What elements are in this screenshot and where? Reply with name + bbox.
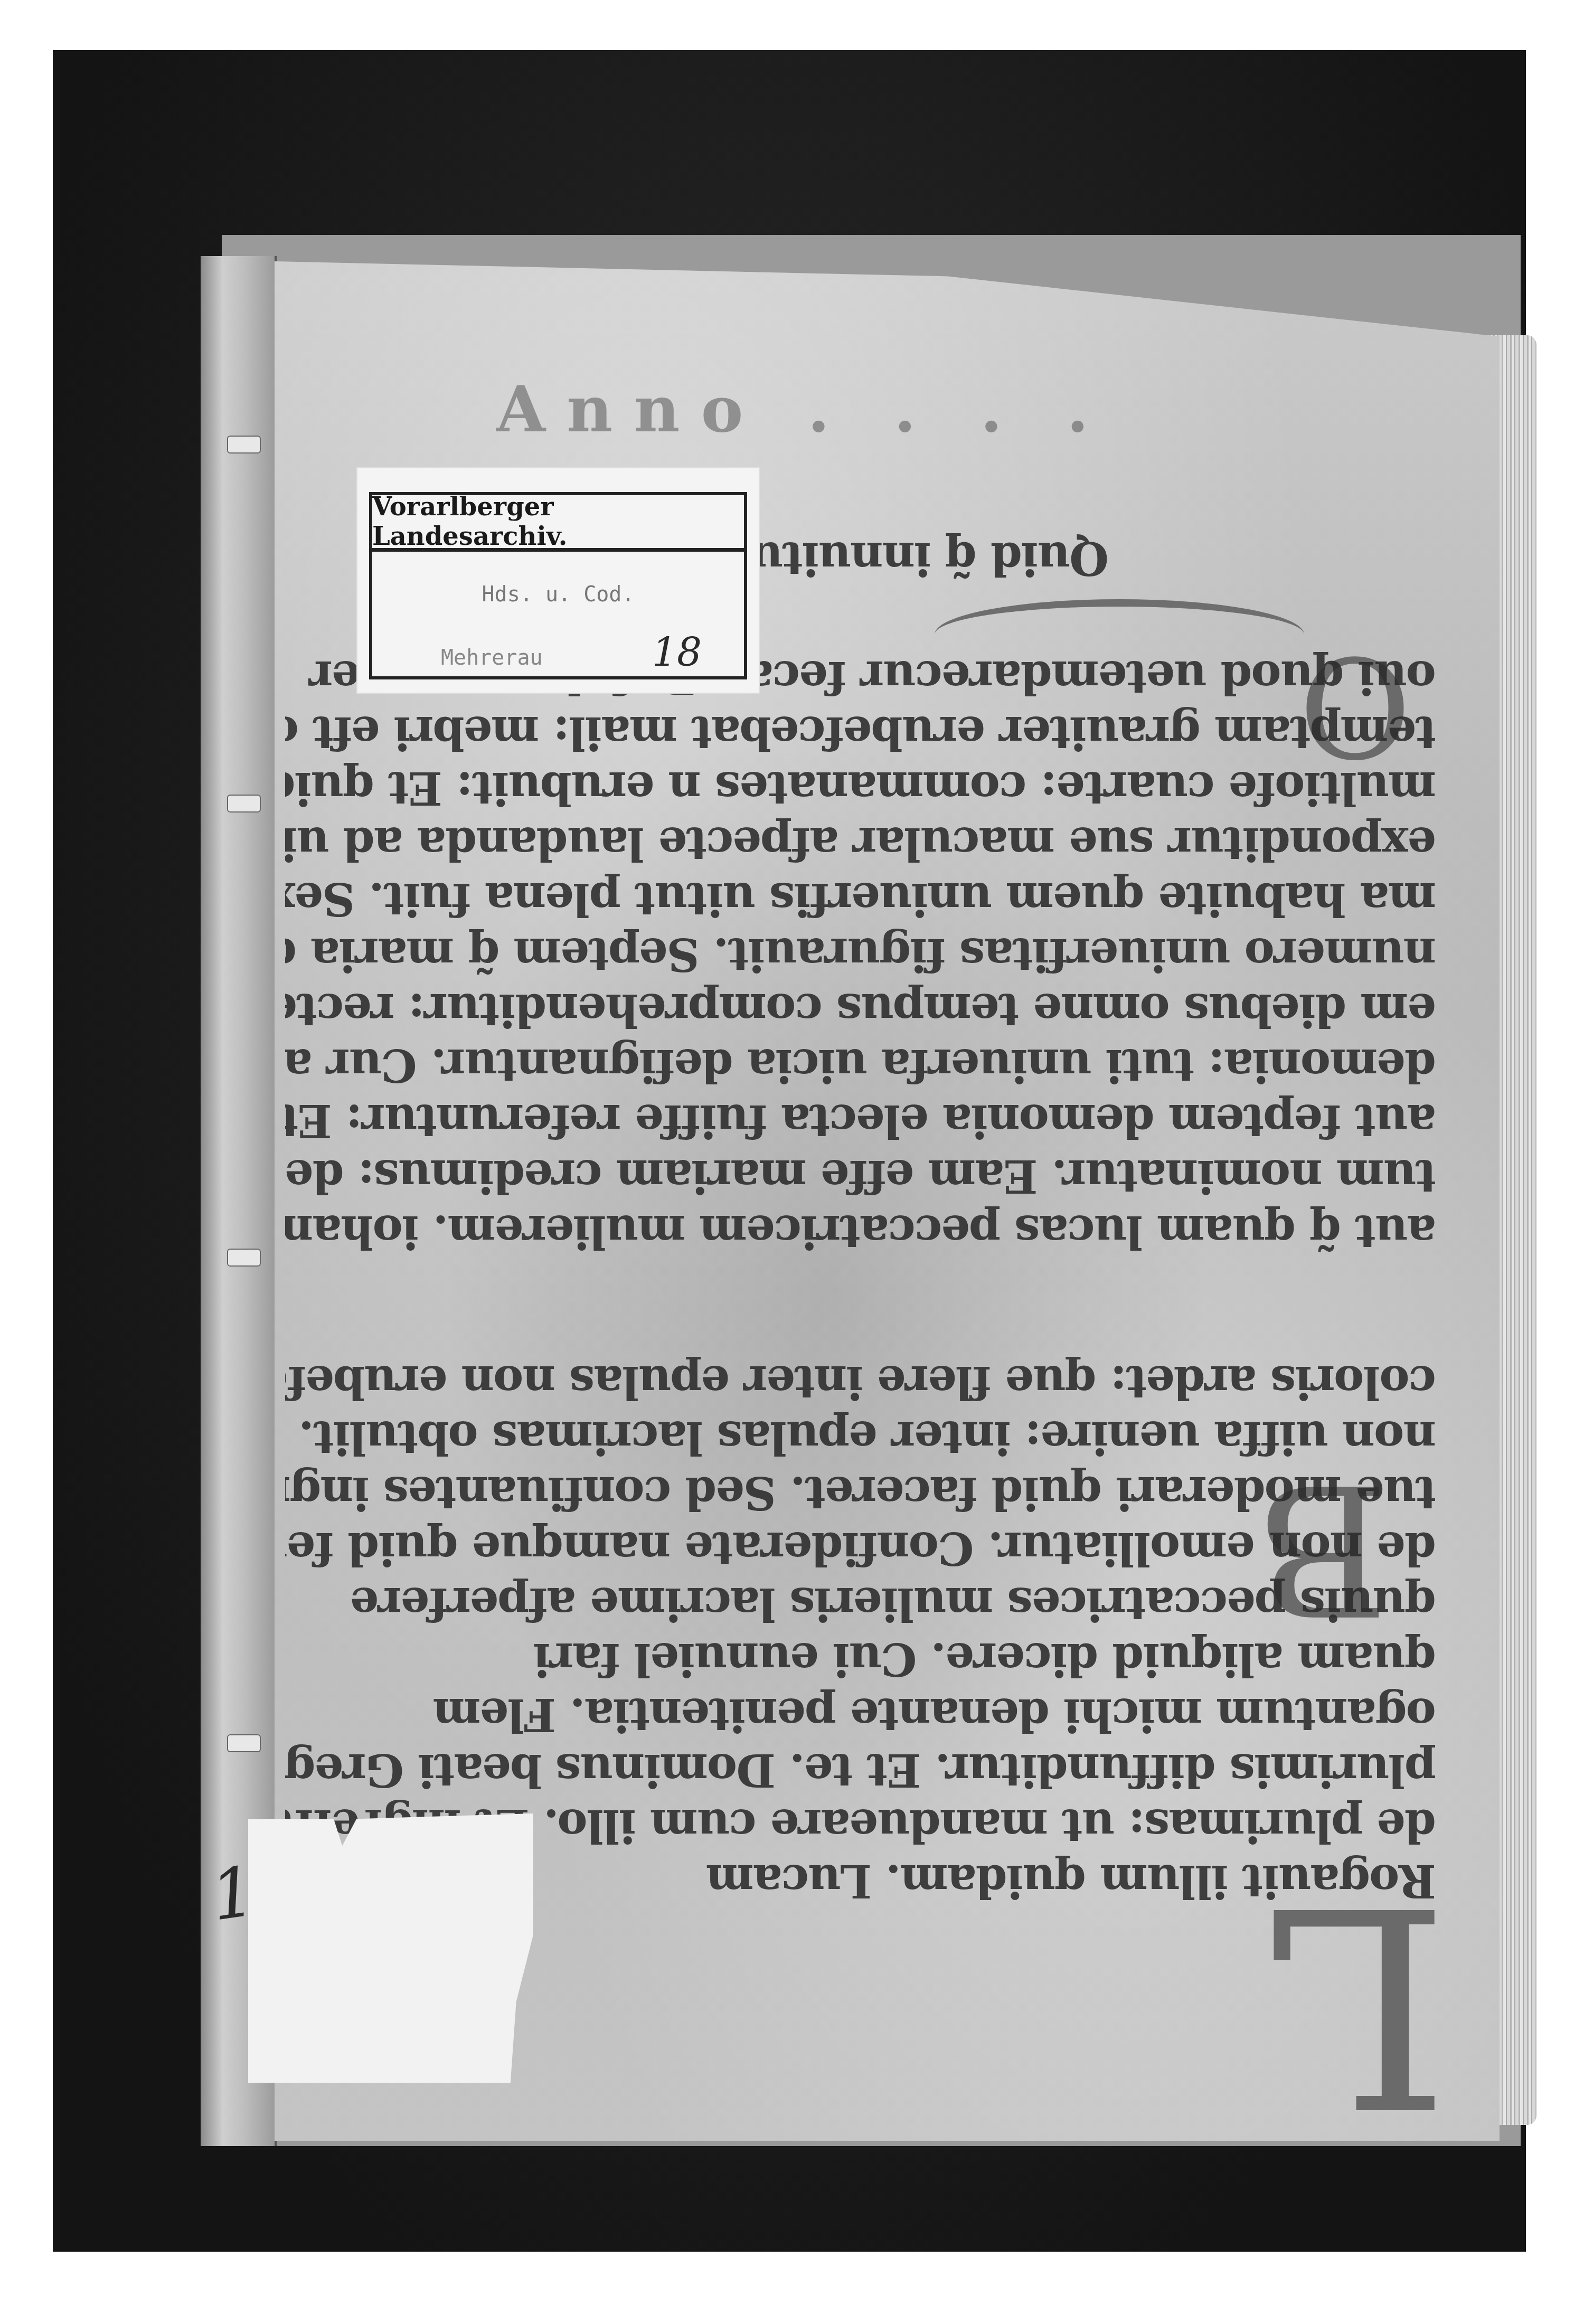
gloss-line [285, 1254, 1436, 1286]
spine-tie [227, 795, 261, 813]
text-line: coloris ardet: que flere inter epulas no… [285, 1349, 1436, 1404]
text-line: tue moderari quid faceret. Sed confiuant… [285, 1460, 1436, 1515]
text-line: exponditur sue macular afpecte laudanda … [285, 810, 1436, 866]
top-inscription: Anno . . . . [496, 372, 1110, 447]
label-institution: Vorarlberger Landesarchiv. [372, 495, 744, 552]
gloss-line [285, 1317, 1436, 1349]
label-number: 18 [652, 630, 702, 675]
photo-backdrop: 18 Anno . . . . O B L Quid q̃ innuitur i… [53, 50, 1526, 2252]
label-border: Vorarlberger Landesarchiv. Hds. u. Cod. … [369, 492, 747, 679]
archive-label: Vorarlberger Landesarchiv. Hds. u. Cod. … [356, 467, 760, 694]
text-line: non uiffa uenire: inter epulas lacrimas … [285, 1404, 1436, 1460]
text-line: de non emolliatur. Confiderate namque qu… [285, 1515, 1436, 1571]
text-line: quam aliquid dicere. Cui eunuiel fari [285, 1626, 1436, 1681]
blank-spine-label [248, 1813, 533, 2083]
gloss-line [285, 1286, 1436, 1317]
text-line: em diebus omne tempus comprehenditur: re… [285, 977, 1436, 1032]
text-line: ogantum michi denante penitentia. Flem [285, 1681, 1436, 1737]
spine-tie [227, 1734, 261, 1752]
text-line: numero uniuerfitas figurauit. Septem q̃ … [285, 921, 1436, 977]
text-line: aut feptem demonia electa fuiffe referun… [285, 1088, 1436, 1143]
text-line: multiofe cuarte: commanates n erubuit: E… [285, 755, 1436, 810]
spine-tie [227, 436, 261, 454]
text-line: plurimis diffunditur. Et te. Dominus bea… [285, 1737, 1436, 1792]
text-line: ma habuite quem uniuerfis uitut plena fu… [285, 866, 1436, 921]
label-fonds: Mehrerau [441, 646, 543, 670]
text-line: quuis peccatrices mulieris lacrime afper… [285, 1571, 1436, 1626]
text-line: temptam grauiter erubefcebat mail: mebri… [285, 700, 1436, 755]
manuscript-text: Quid q̃ innuitur in fcriptis. oui quod u… [285, 525, 1436, 1903]
spine-tie [227, 1249, 261, 1267]
text-line: aut q̃ quam lucas peccatricem mulierem. … [285, 1198, 1436, 1254]
label-collection: Hds. u. Cod. [372, 582, 744, 607]
text-line: demonia: tuti uniuerfa uicia defignantur… [285, 1032, 1436, 1088]
text-line: tum nominatur. Eam effe mariam credimus:… [285, 1143, 1436, 1198]
